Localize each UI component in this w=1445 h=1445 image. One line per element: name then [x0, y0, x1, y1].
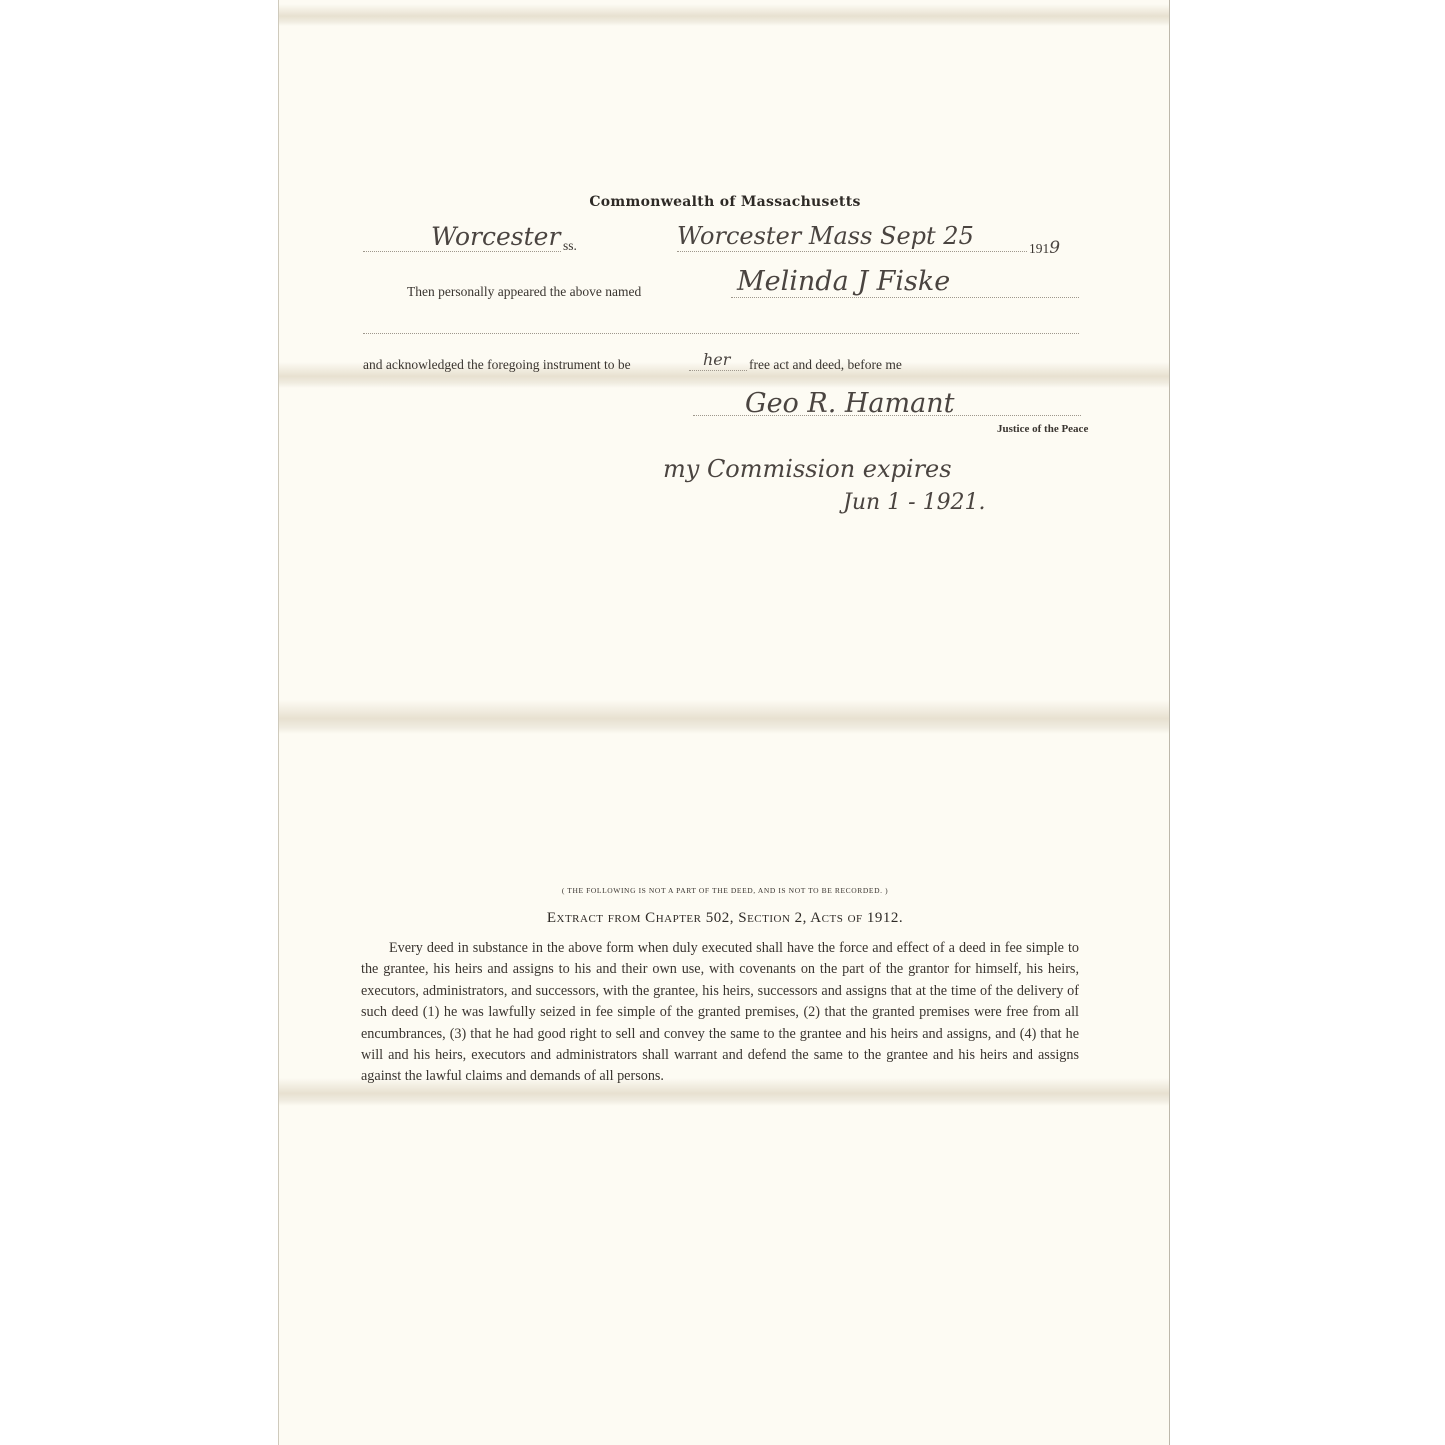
justice-title: Justice of the Peace [997, 423, 1088, 435]
acknowledgment-label-after: free act and deed, before me [749, 357, 902, 373]
commission-note-line1: my Commission expires [663, 455, 952, 483]
document-page: Commonwealth of Massachusetts Worcester … [278, 0, 1170, 1445]
fold-crease-top [279, 4, 1169, 26]
document-heading: Commonwealth of Massachusetts [279, 194, 1171, 210]
name-field-line [731, 297, 1079, 298]
extract-disclaimer: ( THE FOLLOWING IS NOT A PART OF THE DEE… [279, 886, 1171, 895]
extract-title: Extract from Chapter 502, Section 2, Act… [279, 910, 1171, 927]
pronoun-handwritten: her [703, 350, 730, 369]
place-date-field-line [677, 251, 1027, 252]
commission-note-line2: Jun 1 - 1921. [843, 490, 986, 515]
fold-crease-middle [279, 700, 1169, 734]
year-prefix: 191 [1029, 241, 1049, 256]
year-printed: 1919 [1029, 238, 1060, 258]
extract-body: Every deed in substance in the above for… [361, 938, 1079, 1088]
county-field-line [363, 251, 561, 252]
signature-line [693, 415, 1081, 416]
continuation-field-line [363, 333, 1079, 334]
county-handwritten: Worcester [431, 222, 560, 251]
year-handwritten-digit: 9 [1049, 238, 1060, 258]
acknowledgment-label-before: and acknowledged the foregoing instrumen… [363, 357, 631, 373]
grantor-name-handwritten: Melinda J Fiske [737, 266, 950, 297]
appearance-label: Then personally appeared the above named [407, 284, 641, 300]
ss-label: ss. [563, 238, 577, 254]
pronoun-field-line [689, 370, 747, 371]
place-date-handwritten: Worcester Mass Sept 25 [677, 222, 974, 250]
